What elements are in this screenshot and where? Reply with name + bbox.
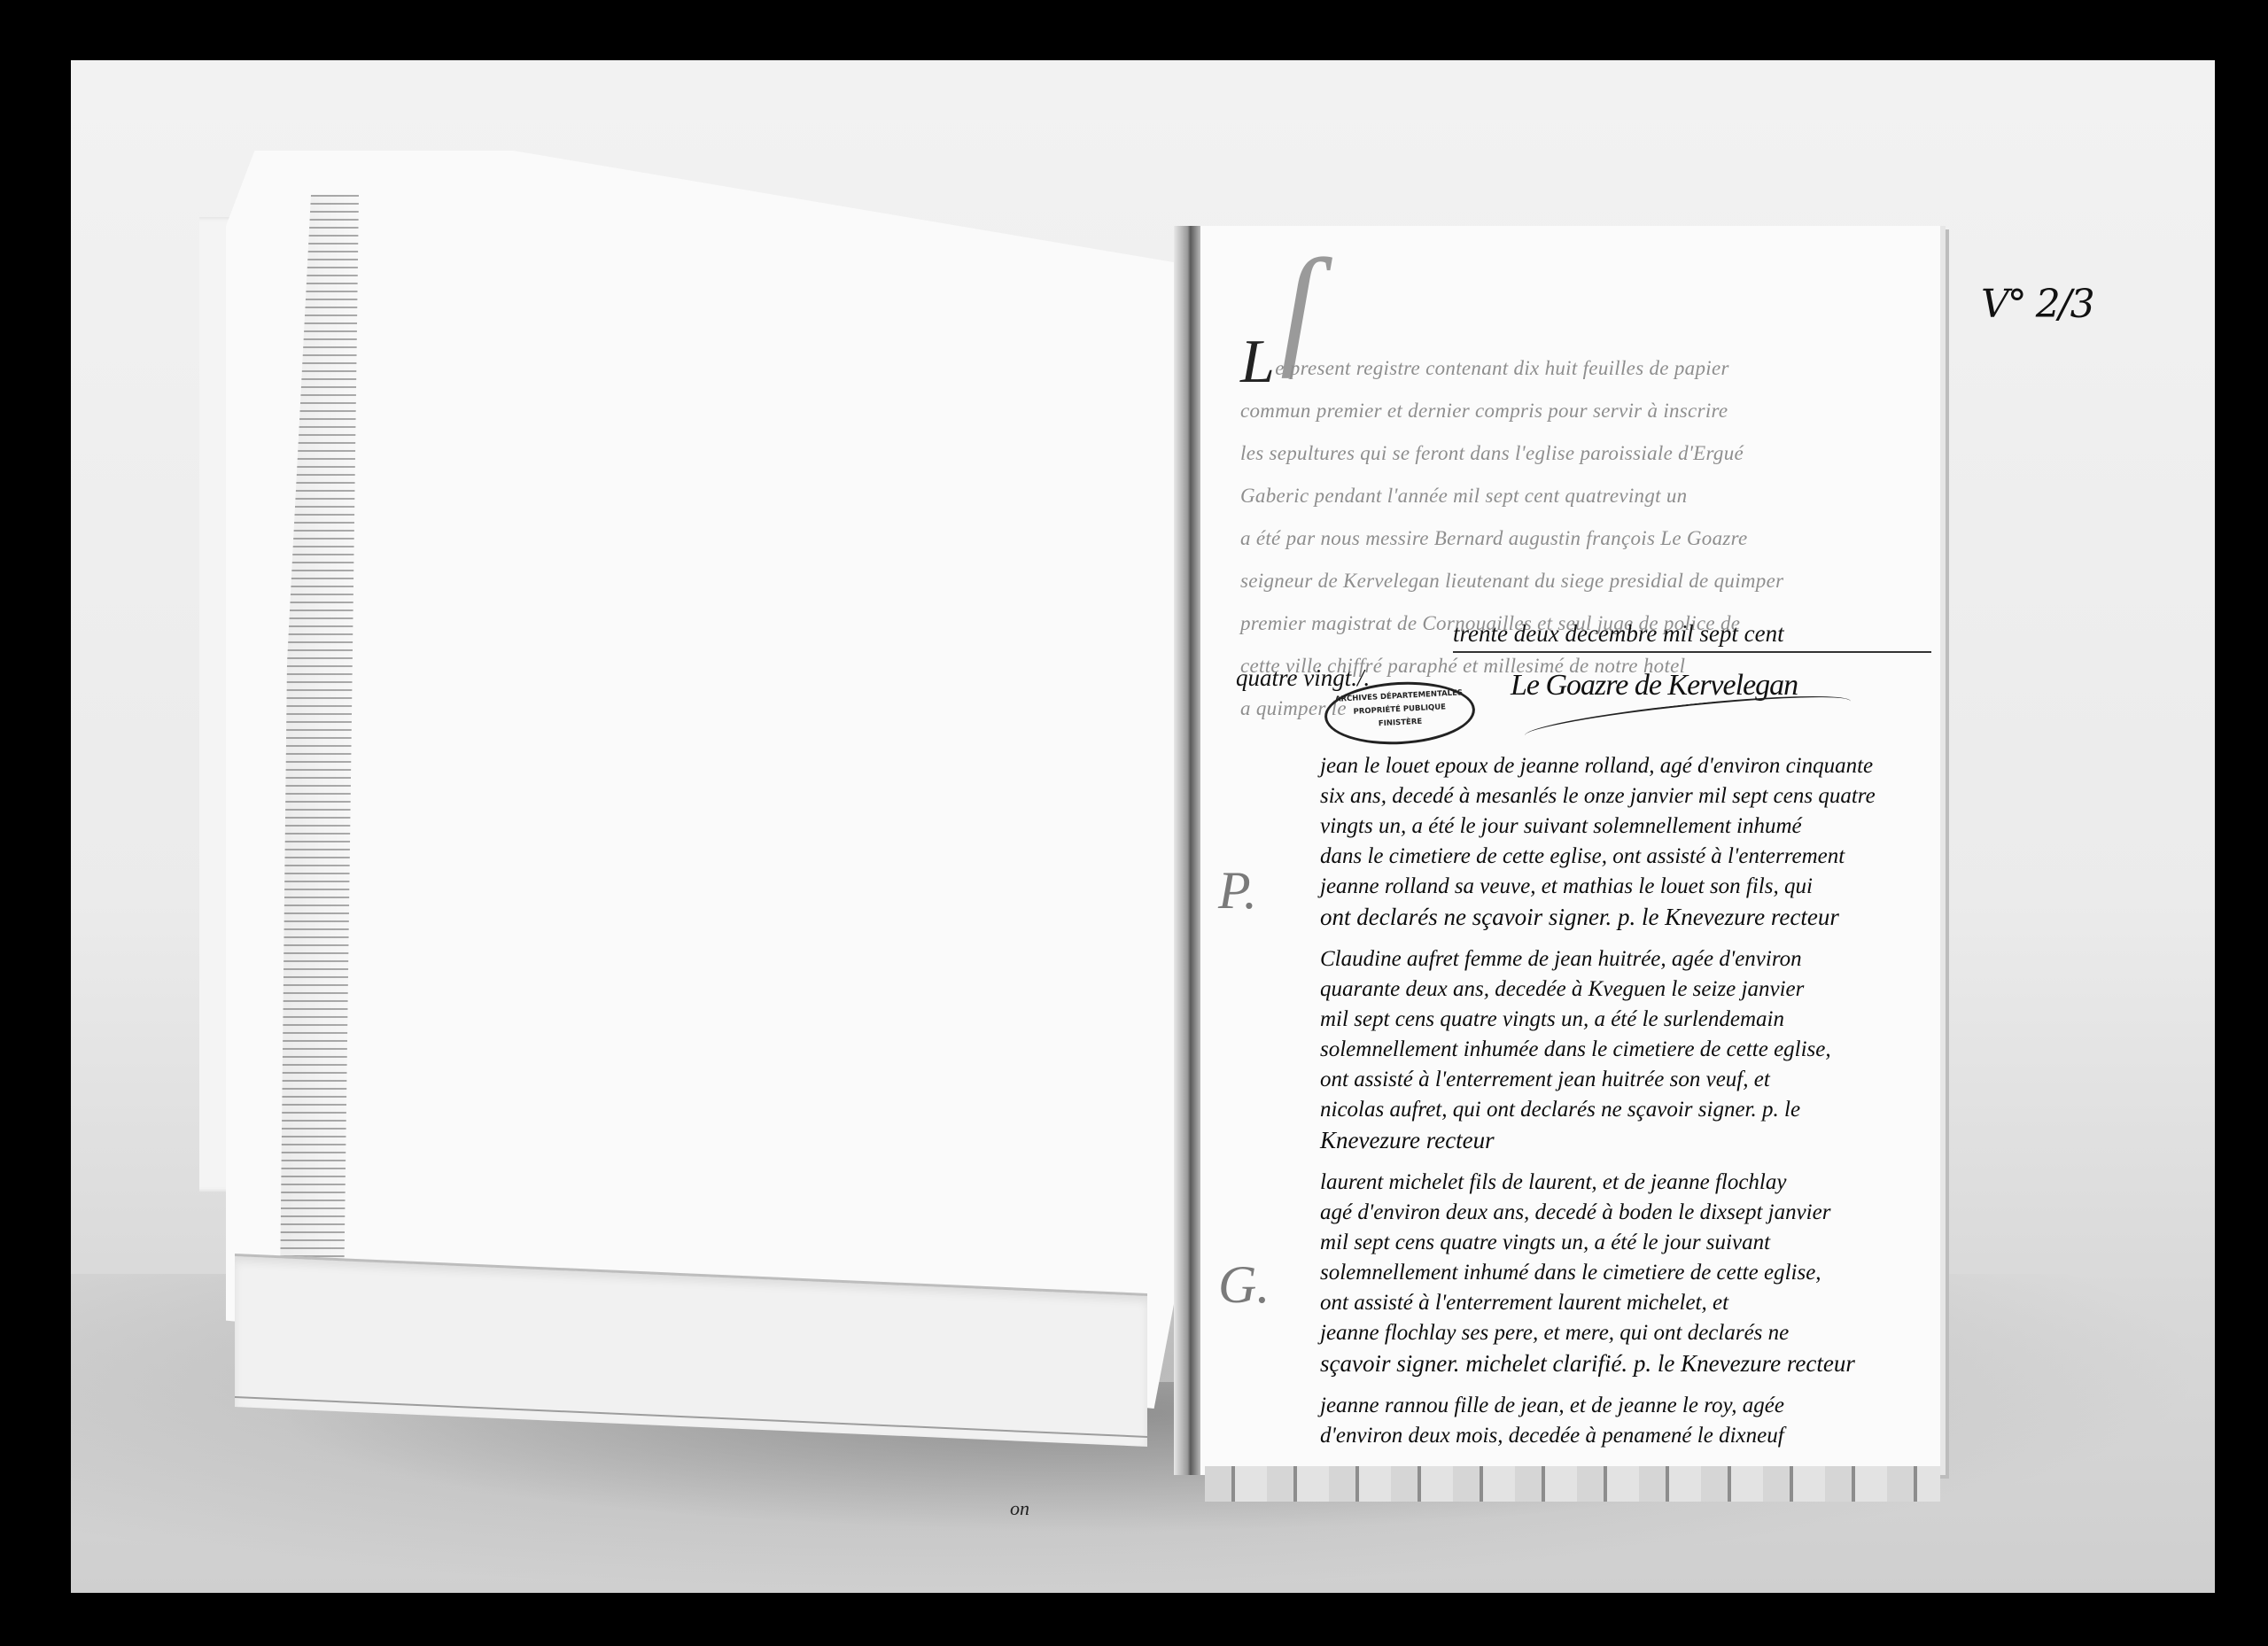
entry-line: jeanne rolland sa veuve, et mathias le l…	[1320, 872, 1940, 902]
opening-line: commun premier et dernier compris pour s…	[1240, 390, 1931, 432]
opening-date-line: trente deux decembre mil sept cent	[1453, 620, 1784, 648]
entry-line: vingts un, a été le jour suivant solemne…	[1320, 811, 1940, 842]
burial-entry: Claudine aufret femme de jean huitrée, a…	[1320, 944, 1940, 1155]
entry-line: laurent michelet fils de laurent, et de …	[1320, 1168, 1940, 1198]
entry-line: solemnellement inhumé dans le cimetiere …	[1320, 1258, 1940, 1288]
entry-line: dans le cimetiere de cette eglise, ont a…	[1320, 842, 1940, 872]
entry-line: jean le louet epoux de jeanne rolland, a…	[1320, 751, 1940, 781]
entry-line: jeanne rannou fille de jean, et de jeann…	[1320, 1391, 1940, 1421]
opening-line: Le present registre contenant dix huit f…	[1240, 341, 1931, 390]
entry-line: agé d'environ deux ans, decedé à boden l…	[1320, 1198, 1940, 1228]
left-edge-fragment-text: on	[1010, 1497, 1029, 1520]
right-page-bottom-edge	[1205, 1466, 1940, 1502]
entry-line: d'environ deux mois, decedée à penamené …	[1320, 1421, 1940, 1451]
margin-note: G.	[1218, 1258, 1270, 1311]
entry-line: mil sept cens quatre vingts un, a été le…	[1320, 1228, 1940, 1258]
opening-line: a été par nous messire Bernard augustin …	[1240, 517, 1931, 560]
burial-entry: jeanne rannou fille de jean, et de jeann…	[1320, 1391, 1940, 1451]
date-underline	[1453, 651, 1931, 653]
entry-line: solemnellement inhumée dans le cimetiere…	[1320, 1035, 1940, 1065]
entry-line: mil sept cens quatre vingts un, a été le…	[1320, 1005, 1940, 1035]
entry-line: ont declarés ne sçavoir signer. p. le Kn…	[1320, 902, 1940, 932]
opening-line: Gaberic pendant l'année mil sept cent qu…	[1240, 475, 1931, 517]
entry-line: quarante deux ans, decedée à Kveguen le …	[1320, 974, 1940, 1005]
magistrate-signature: Le Goazre de Kervelegan	[1511, 669, 1798, 703]
opening-line: seigneur de Kervelegan lieutenant du sie…	[1240, 560, 1931, 602]
burial-entries: jean le louet epoux de jeanne rolland, a…	[1320, 751, 1940, 1464]
entry-line: Claudine aufret femme de jean huitrée, a…	[1320, 944, 1940, 974]
opening-date-continuation: quatre vingt./.	[1236, 664, 1370, 692]
margin-note: P.	[1218, 864, 1257, 917]
entry-line: ont assisté à l'enterrement laurent mich…	[1320, 1288, 1940, 1318]
entry-line: nicolas aufret, qui ont declarés ne sçav…	[1320, 1095, 1940, 1125]
burial-entry: jean le louet epoux de jeanne rolland, a…	[1320, 751, 1940, 932]
entry-line: sçavoir signer. michelet clarifié. p. le…	[1320, 1348, 1940, 1378]
entry-line: Knevezure recteur	[1320, 1125, 1940, 1155]
opening-line: les sepultures qui se feront dans l'egli…	[1240, 432, 1931, 475]
entry-line: jeanne flochlay ses pere, et mere, qui o…	[1320, 1318, 1940, 1348]
book-gutter	[1174, 226, 1204, 1475]
left-page-blank	[226, 151, 1183, 1409]
entry-line: six ans, decedé à mesanlés le onze janvi…	[1320, 781, 1940, 811]
opening-initial: L	[1240, 328, 1275, 396]
entry-line: ont assisté à l'enterrement jean huitrée…	[1320, 1065, 1940, 1095]
folio-number: V° 2/3	[1981, 282, 2093, 327]
burial-entry: laurent michelet fils de laurent, et de …	[1320, 1168, 1940, 1378]
